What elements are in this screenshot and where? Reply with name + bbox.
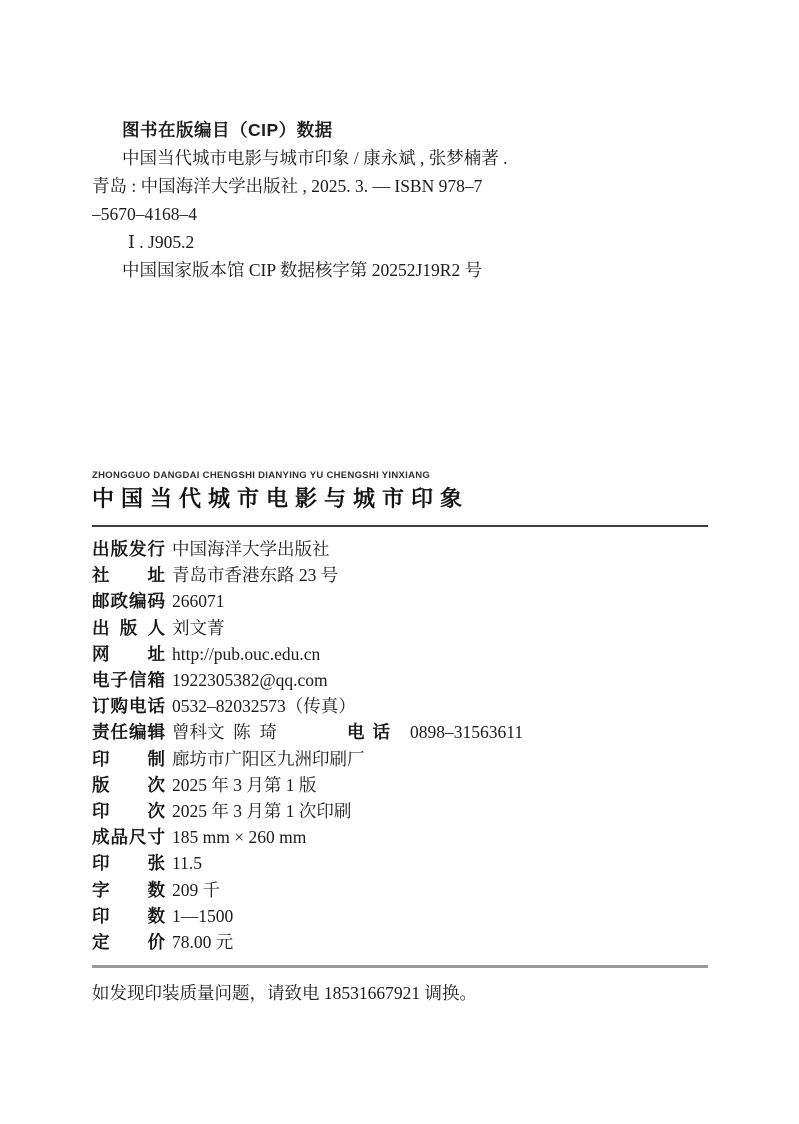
cip-block: 图书在版编目（CIP）数据 中国当代城市电影与城市印象 / 康永斌 , 张梦楠著… <box>92 0 708 284</box>
row-value: 中国海洋大学出版社 <box>172 539 330 559</box>
colophon-row: 印次2025 年 3 月第 1 次印刷 <box>92 798 708 824</box>
row-label: 版次 <box>92 772 165 798</box>
title-block: ZHONGGUO DANGDAI CHENGSHI DIANYING YU CH… <box>92 470 708 527</box>
row-label: 出版发行 <box>92 536 165 562</box>
row-value: 266071 <box>172 591 225 611</box>
row-value: 78.00 元 <box>172 932 233 952</box>
colophon-row: 责任编辑曾科文 陈 琦电话0898–31563611 <box>92 719 708 745</box>
cip-classification: Ⅰ . J905.2 <box>92 228 708 256</box>
cip-entry-line-3: –5670–4168–4 <box>92 200 708 228</box>
row-value: 1922305382@qq.com <box>172 670 328 690</box>
colophon-row: 订购电话0532–82032573（传真） <box>92 693 708 719</box>
row-sublabel: 电话 <box>347 719 390 745</box>
row-value: 刘文菁 <box>172 618 225 638</box>
colophon-row: 印数1—1500 <box>92 903 708 929</box>
row-label: 订购电话 <box>92 693 165 719</box>
row-label: 社址 <box>92 562 165 588</box>
footer-divider <box>92 965 708 968</box>
row-label: 印次 <box>92 798 165 824</box>
colophon-row: 定价78.00 元 <box>92 929 708 955</box>
colophon-row: 出版人刘文菁 <box>92 615 708 641</box>
row-value: 2025 年 3 月第 1 次印刷 <box>172 801 351 821</box>
colophon-row: 邮政编码266071 <box>92 588 708 614</box>
row-value: http://pub.ouc.edu.cn <box>172 644 320 664</box>
colophon-row: 版次2025 年 3 月第 1 版 <box>92 772 708 798</box>
colophon-rows: 出版发行中国海洋大学出版社社址青岛市香港东路 23 号邮政编码266071出版人… <box>92 536 708 955</box>
row-label: 责任编辑 <box>92 719 165 745</box>
row-label: 出版人 <box>92 615 165 641</box>
row-label: 印制 <box>92 746 165 772</box>
row-value: 青岛市香港东路 23 号 <box>172 565 338 585</box>
cip-heading: 图书在版编目（CIP）数据 <box>92 116 708 144</box>
copyright-page: 图书在版编目（CIP）数据 中国当代城市电影与城市印象 / 康永斌 , 张梦楠著… <box>0 0 799 1124</box>
colophon-row: 成品尺寸185 mm × 260 mm <box>92 824 708 850</box>
row-label: 成品尺寸 <box>92 824 165 850</box>
colophon-row: 出版发行中国海洋大学出版社 <box>92 536 708 562</box>
book-title: 中国当代城市电影与城市印象 <box>92 486 708 512</box>
quality-note: 如发现印装质量问题，请致电 18531667921 调换。 <box>92 980 708 1006</box>
row-label: 字数 <box>92 877 165 903</box>
page-content: 图书在版编目（CIP）数据 中国当代城市电影与城市印象 / 康永斌 , 张梦楠著… <box>92 0 708 1006</box>
row-value: 185 mm × 260 mm <box>172 827 306 847</box>
colophon-row: 字数209 千 <box>92 877 708 903</box>
row-label: 网址 <box>92 641 165 667</box>
row-label: 邮政编码 <box>92 588 165 614</box>
row-label: 定价 <box>92 929 165 955</box>
row-value: 1—1500 <box>172 906 233 926</box>
row-value: 11.5 <box>172 853 202 873</box>
row-value: 2025 年 3 月第 1 版 <box>172 775 316 795</box>
row-label: 电子信箱 <box>92 667 165 693</box>
title-pinyin: ZHONGGUO DANGDAI CHENGSHI DIANYING YU CH… <box>92 470 708 482</box>
colophon-row: 电子信箱1922305382@qq.com <box>92 667 708 693</box>
row-value: 0532–82032573（传真） <box>172 696 356 716</box>
colophon-row: 网址http://pub.ouc.edu.cn <box>92 641 708 667</box>
row-label: 印张 <box>92 850 165 876</box>
colophon-row: 印张11.5 <box>92 850 708 876</box>
cip-record-number: 中国国家版本馆 CIP 数据核字第 20252J19R2 号 <box>92 256 708 284</box>
row-value: 209 千 <box>172 880 220 900</box>
row-subvalue: 0898–31563611 <box>410 719 523 745</box>
colophon-row: 印制廊坊市广阳区九洲印刷厂 <box>92 746 708 772</box>
cip-entry-line-2: 青岛 : 中国海洋大学出版社 , 2025. 3. –– ISBN 978–7 <box>92 172 708 200</box>
cip-entry-line-1: 中国当代城市电影与城市印象 / 康永斌 , 张梦楠著 . <box>92 144 708 172</box>
title-divider <box>92 525 708 527</box>
colophon-row: 社址青岛市香港东路 23 号 <box>92 562 708 588</box>
row-value: 曾科文 陈 琦 <box>172 722 277 742</box>
row-label: 印数 <box>92 903 165 929</box>
row-value: 廊坊市广阳区九洲印刷厂 <box>172 749 365 769</box>
